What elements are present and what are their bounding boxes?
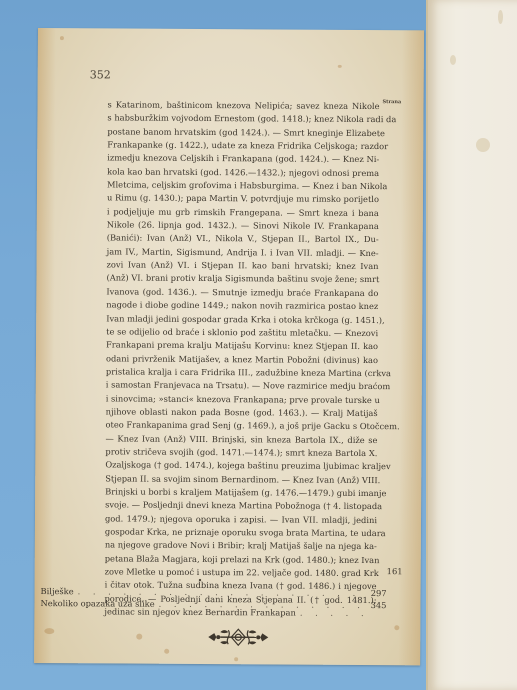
column-header-strana: Strana [383,99,402,105]
book-page: 352 Strana s Katarinom, baštinicom knezo… [34,28,424,665]
text-line: oteo Frankapanima grad Senj (g. 1469.), … [106,419,378,434]
floral-ornament-icon [206,626,270,648]
text-line: (Anž) VI. brani protiv kralja Sigismunda… [106,272,378,287]
leader-dots: . . . . . . . . . . . . . . . . . . . . … [159,599,365,610]
page-number: 352 [90,68,111,81]
text-line: nagode i diobe godine 1449.; nakon novih… [106,299,378,314]
toc-entry-biljeske: Bilješke . . . . . . . . . . . . . . . .… [41,586,387,598]
separator-mark: • [198,576,203,585]
text-line: Ozaljskoga († god. 1474.), kojega baštin… [105,459,377,474]
toc-entry-opazke: Nekoliko opazaka uza slike . . . . . . .… [40,598,386,610]
text-line: na njegove gradove Novi i Bribir; kralj … [105,539,377,554]
toc-entry-page: 297 [365,588,387,598]
text-line: s habsburžkim vojvodom Ernestom (god. 14… [107,112,379,127]
text-line: u Rimu (g. 1430.); papa Martin V. potvrd… [107,192,379,207]
text-line: svoje. — Posljednji dnevi kneza Martina … [105,499,377,514]
toc-chapter-summary: s Katarinom, baštinicom knezova Nelipića… [104,98,379,620]
toc-entry-page: 345 [364,600,386,610]
text-line: (Banići): Ivan (Anž) VI., Nikola V., Stj… [107,232,379,247]
toc-entry-label: Bilješke [41,586,74,596]
leader-dots: . . . . . . . . . . . . . . . . . . . . … [78,586,365,598]
text-line: izmedju knezova Celjskih i Frankapana (g… [107,152,379,167]
text-line: Frankapani prema kralju Matijašu Korvinu… [106,339,378,354]
page-ref-161: 161 [387,566,403,576]
text-line: i samostan Franjevaca na Trsatu). — Nove… [106,379,378,394]
toc-entry-label: Nekoliko opazaka uza slike [40,598,154,609]
facing-page-edge [426,0,517,690]
